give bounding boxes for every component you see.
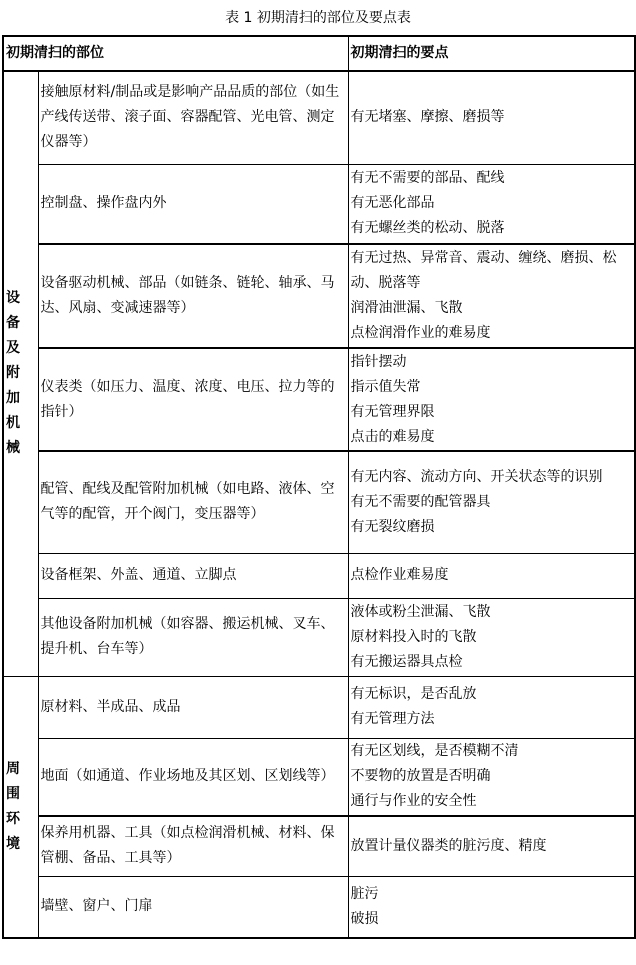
table-row: 地面（如通道、作业场地及其区划、区划线等）有无区划线，是否模糊不清不要物的放置是… <box>3 738 635 816</box>
point-line: 有无搬运器具点检 <box>351 650 633 675</box>
point-cell: 有无堵塞、摩擦、磨损等 <box>348 71 635 164</box>
point-line: 通行与作业的安全性 <box>351 789 633 814</box>
table-body: 设备及附加机械接触原材料/制品或是影响产品品质的部位（如生产线传送带、滚子面、容… <box>3 71 635 938</box>
point-line: 有无不需要的配管器具 <box>351 490 633 515</box>
part-cell: 仪表类（如压力、温度、浓度、电压、拉力等的指针） <box>38 348 348 451</box>
category-char: 围 <box>6 782 36 807</box>
point-line: 有无裂纹磨损 <box>351 515 633 540</box>
point-line: 有无堵塞、摩擦、磨损等 <box>351 105 633 130</box>
part-cell: 控制盘、操作盘内外 <box>38 164 348 244</box>
point-line: 原材料投入时的飞散 <box>351 625 633 650</box>
point-line: 脏污 <box>351 882 633 907</box>
point-line: 点击的难易度 <box>351 425 633 450</box>
point-line: 有无螺丝类的松动、脱落 <box>351 216 633 241</box>
category-char: 及 <box>6 336 36 361</box>
point-line: 有无过热、异常音、震动、缠绕、磨损、松动、脱落等 <box>351 246 633 296</box>
table-caption: 表 1 初期清扫的部位及要点表 <box>0 8 636 28</box>
table-row: 其他设备附加机械（如容器、搬运机械、叉车、提升机、台车等）液体或粉尘泄漏、飞散原… <box>3 598 635 676</box>
point-cell: 有无标识，是否乱放有无管理方法 <box>348 676 635 738</box>
part-cell: 地面（如通道、作业场地及其区划、区划线等） <box>38 738 348 816</box>
point-cell: 点检作业难易度 <box>348 553 635 598</box>
category-cell: 周围环境 <box>3 676 38 938</box>
point-cell: 脏污破损 <box>348 876 635 938</box>
point-line: 有无管理界限 <box>351 400 633 425</box>
table-row: 设备驱动机械、部品（如链条、链轮、轴承、马达、风扇、变减速器等）有无过热、异常音… <box>3 244 635 348</box>
header-point: 初期清扫的要点 <box>348 36 635 71</box>
point-line: 指示值失常 <box>351 375 633 400</box>
part-cell: 保养用机器、工具（如点检润滑机械、材料、保管棚、备品、工具等） <box>38 816 348 876</box>
category-cell: 设备及附加机械 <box>3 71 38 676</box>
part-cell: 设备驱动机械、部品（如链条、链轮、轴承、马达、风扇、变减速器等） <box>38 244 348 348</box>
point-cell: 放置计量仪器类的脏污度、精度 <box>348 816 635 876</box>
category-char: 附 <box>6 361 36 386</box>
point-line: 有无内容、流动方向、开关状态等的识别 <box>351 465 633 490</box>
header-part: 初期清扫的部位 <box>3 36 348 71</box>
table-row: 仪表类（如压力、温度、浓度、电压、拉力等的指针）指针摆动指示值失常有无管理界限点… <box>3 348 635 451</box>
cleaning-points-table: 初期清扫的部位 初期清扫的要点 设备及附加机械接触原材料/制品或是影响产品品质的… <box>2 35 636 939</box>
category-char: 设 <box>6 286 36 311</box>
table-row: 控制盘、操作盘内外有无不需要的部品、配线有无恶化部品有无螺丝类的松动、脱落 <box>3 164 635 244</box>
table-row: 设备及附加机械接触原材料/制品或是影响产品品质的部位（如生产线传送带、滚子面、容… <box>3 71 635 164</box>
part-cell: 设备框架、外盖、通道、立脚点 <box>38 553 348 598</box>
point-line: 指针摆动 <box>351 350 633 375</box>
point-cell: 有无不需要的部品、配线有无恶化部品有无螺丝类的松动、脱落 <box>348 164 635 244</box>
part-cell: 墙壁、窗户、门扉 <box>38 876 348 938</box>
category-char: 加 <box>6 386 36 411</box>
point-line: 有无管理方法 <box>351 707 633 732</box>
table-row: 保养用机器、工具（如点检润滑机械、材料、保管棚、备品、工具等）放置计量仪器类的脏… <box>3 816 635 876</box>
point-line: 有无区划线，是否模糊不清 <box>351 739 633 764</box>
category-char: 周 <box>6 757 36 782</box>
category-char: 械 <box>6 436 36 461</box>
point-line: 不要物的放置是否明确 <box>351 764 633 789</box>
point-line: 有无标识，是否乱放 <box>351 682 633 707</box>
category-char: 境 <box>6 832 36 857</box>
point-cell: 有无内容、流动方向、开关状态等的识别有无不需要的配管器具有无裂纹磨损 <box>348 451 635 553</box>
point-line: 润滑油泄漏、飞散 <box>351 296 633 321</box>
point-line: 有无不需要的部品、配线 <box>351 166 633 191</box>
table-row: 设备框架、外盖、通道、立脚点点检作业难易度 <box>3 553 635 598</box>
part-cell: 原材料、半成品、成品 <box>38 676 348 738</box>
part-cell: 其他设备附加机械（如容器、搬运机械、叉车、提升机、台车等） <box>38 598 348 676</box>
category-char: 备 <box>6 311 36 336</box>
point-line: 破损 <box>351 907 633 932</box>
table-header-row: 初期清扫的部位 初期清扫的要点 <box>3 36 635 71</box>
point-line: 液体或粉尘泄漏、飞散 <box>351 600 633 625</box>
point-cell: 有无区划线，是否模糊不清不要物的放置是否明确通行与作业的安全性 <box>348 738 635 816</box>
point-line: 放置计量仪器类的脏污度、精度 <box>351 834 633 859</box>
point-line: 点检作业难易度 <box>351 563 633 588</box>
table-row: 周围环境原材料、半成品、成品有无标识，是否乱放有无管理方法 <box>3 676 635 738</box>
category-char: 环 <box>6 807 36 832</box>
part-cell: 接触原材料/制品或是影响产品品质的部位（如生产线传送带、滚子面、容器配管、光电管… <box>38 71 348 164</box>
category-char: 机 <box>6 411 36 436</box>
table-row: 墙壁、窗户、门扉脏污破损 <box>3 876 635 938</box>
point-line: 点检润滑作业的难易度 <box>351 321 633 346</box>
part-cell: 配管、配线及配管附加机械（如电路、液体、空气等的配管，开个阀门，变压器等） <box>38 451 348 553</box>
point-cell: 液体或粉尘泄漏、飞散原材料投入时的飞散有无搬运器具点检 <box>348 598 635 676</box>
point-cell: 有无过热、异常音、震动、缠绕、磨损、松动、脱落等润滑油泄漏、飞散点检润滑作业的难… <box>348 244 635 348</box>
point-cell: 指针摆动指示值失常有无管理界限点击的难易度 <box>348 348 635 451</box>
table-row: 配管、配线及配管附加机械（如电路、液体、空气等的配管，开个阀门，变压器等）有无内… <box>3 451 635 553</box>
point-line: 有无恶化部品 <box>351 191 633 216</box>
